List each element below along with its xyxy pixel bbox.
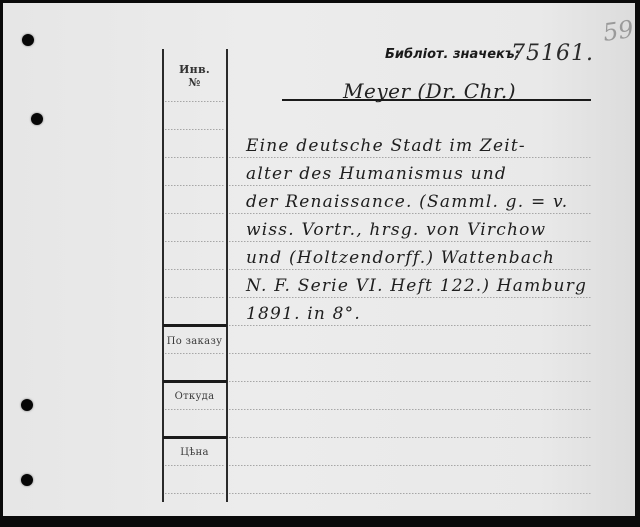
price-label: Цѣна bbox=[162, 447, 227, 458]
ruled-line bbox=[229, 465, 591, 466]
ruled-line bbox=[165, 353, 225, 354]
source-label: Откуда bbox=[162, 391, 227, 402]
price-separator bbox=[163, 436, 227, 439]
ruled-line bbox=[229, 157, 591, 158]
ruled-line bbox=[229, 353, 591, 354]
ruled-line bbox=[165, 297, 225, 298]
catalog-card: 59 Библіот. значекъ: 75161. Meyer (Dr. C… bbox=[3, 3, 635, 516]
column-right-border bbox=[226, 49, 228, 502]
entry-line-7: 1891. in 8°. bbox=[246, 304, 361, 324]
order-label: По заказу bbox=[162, 336, 227, 347]
entry-line-2: alter des Humanismus und bbox=[246, 164, 507, 184]
shelf-mark-label: Библіот. значекъ: bbox=[385, 47, 520, 62]
ruled-line bbox=[229, 409, 591, 410]
ruled-line bbox=[165, 241, 225, 242]
entry-line-6: N. F. Serie VI. Heft 122.) Hamburg bbox=[246, 276, 587, 296]
inventory-label: Инв. № bbox=[162, 63, 227, 89]
ruled-line bbox=[229, 241, 591, 242]
ruled-line bbox=[165, 157, 225, 158]
ruled-line bbox=[229, 381, 591, 382]
ruled-line bbox=[165, 465, 225, 466]
entry-line-4: wiss. Vortr., hrsg. von Virchow bbox=[246, 220, 546, 240]
ruled-line bbox=[165, 493, 225, 494]
ruled-line bbox=[229, 325, 591, 326]
ruled-line bbox=[165, 129, 225, 130]
punch-hole bbox=[22, 34, 34, 46]
ruled-line bbox=[229, 213, 591, 214]
ruled-line bbox=[229, 185, 591, 186]
entry-line-1: Eine deutsche Stadt im Zeit- bbox=[246, 136, 526, 156]
ruled-line bbox=[165, 269, 225, 270]
column-left-border bbox=[162, 49, 164, 502]
punch-hole bbox=[21, 474, 33, 486]
ruled-line bbox=[165, 101, 225, 102]
source-separator bbox=[163, 380, 227, 383]
entry-line-3: der Renaissance. (Samml. g. = v. bbox=[246, 192, 568, 212]
ruled-line bbox=[229, 269, 591, 270]
author-underline bbox=[282, 99, 591, 101]
ruled-line bbox=[229, 297, 591, 298]
ruled-line bbox=[165, 185, 225, 186]
shelf-mark-value: 75161. bbox=[511, 41, 594, 66]
entry-line-5: und (Holtzendorff.) Wattenbach bbox=[246, 248, 555, 268]
punch-hole bbox=[21, 399, 33, 411]
punch-hole bbox=[31, 113, 43, 125]
ruled-line bbox=[165, 409, 225, 410]
ruled-line bbox=[229, 437, 591, 438]
pencil-page-number: 59 bbox=[601, 15, 635, 47]
ruled-line bbox=[165, 213, 225, 214]
ruled-line bbox=[229, 493, 591, 494]
order-separator bbox=[163, 324, 227, 327]
